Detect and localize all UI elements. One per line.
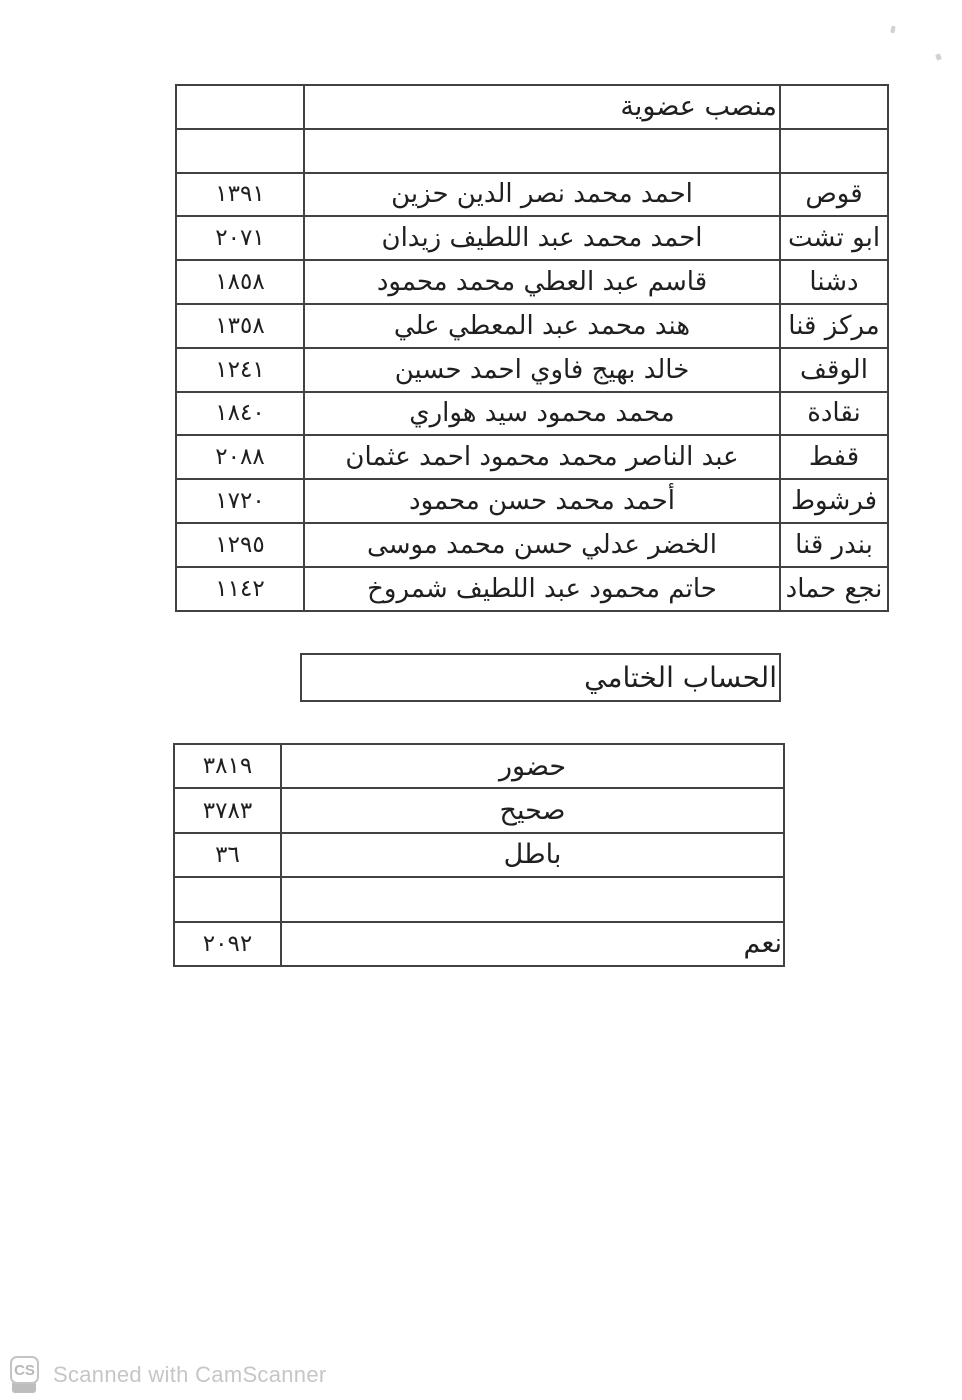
final-account-row: صحيح ٣٧٨٣: [174, 788, 784, 832]
membership-row: فرشوط أحمد محمد حسن محمود ١٧٢٠: [176, 479, 888, 523]
label-cell: نعم: [281, 922, 784, 966]
label-cell: باطل: [281, 833, 784, 877]
final-account-row: باطل ٣٦: [174, 833, 784, 877]
place-cell: ابو تشت: [780, 216, 888, 260]
membership-row: ابو تشت احمد محمد عبد اللطيف زيدان ٢٠٧١: [176, 216, 888, 260]
header-place-cell: [780, 85, 888, 129]
value-cell: ٢٠٩٢: [174, 922, 281, 966]
camscanner-label: Scanned with CamScanner: [53, 1362, 327, 1388]
place-cell: الوقف: [780, 348, 888, 392]
membership-row: الوقف خالد بهيج فاوي احمد حسين ١٢٤١: [176, 348, 888, 392]
value-cell: ٣٦: [174, 833, 281, 877]
name-cell: محمد محمود سيد هواري: [304, 392, 780, 436]
name-cell: احمد محمد نصر الدين حزين: [304, 173, 780, 217]
count-cell: ١١٤٢: [176, 567, 304, 611]
place-cell: فرشوط: [780, 479, 888, 523]
membership-row: بندر قنا الخضر عدلي حسن محمد موسى ١٢٩٥: [176, 523, 888, 567]
name-cell: احمد محمد عبد اللطيف زيدان: [304, 216, 780, 260]
final-account-empty-row: [174, 877, 784, 921]
place-cell: مركز قنا: [780, 304, 888, 348]
empty-cell: [281, 877, 784, 921]
scan-speck-icon: [890, 26, 895, 34]
header-count-cell: [176, 85, 304, 129]
membership-row: نقادة محمد محمود سيد هواري ١٨٤٠: [176, 392, 888, 436]
camscanner-logo-icon: CS: [10, 1356, 40, 1394]
empty-cell: [174, 877, 281, 921]
count-cell: ١٧٢٠: [176, 479, 304, 523]
count-cell: ١٢٤١: [176, 348, 304, 392]
value-cell: ٣٧٨٣: [174, 788, 281, 832]
count-cell: ١٨٥٨: [176, 260, 304, 304]
final-account-row: حضور ٣٨١٩: [174, 744, 784, 788]
name-cell: الخضر عدلي حسن محمد موسى: [304, 523, 780, 567]
membership-row: قفط عبد الناصر محمد محمود احمد عثمان ٢٠٨…: [176, 435, 888, 479]
final-account-title: الحساب الختامي: [584, 661, 777, 694]
name-cell: هند محمد عبد المعطي علي: [304, 304, 780, 348]
label-cell: حضور: [281, 744, 784, 788]
membership-row: مركز قنا هند محمد عبد المعطي علي ١٣٥٨: [176, 304, 888, 348]
camscanner-logo-badge: CS: [10, 1356, 39, 1384]
membership-table: منصب عضوية قوص احمد محمد نصر الدين حزين …: [175, 84, 889, 612]
count-cell: ٢٠٧١: [176, 216, 304, 260]
place-cell: نجع حماد: [780, 567, 888, 611]
count-cell: ١٣٥٨: [176, 304, 304, 348]
final-account-row: نعم ٢٠٩٢: [174, 922, 784, 966]
count-cell: ١٢٩٥: [176, 523, 304, 567]
place-cell: قوص: [780, 173, 888, 217]
count-cell: ١٣٩١: [176, 173, 304, 217]
place-cell: بندر قنا: [780, 523, 888, 567]
empty-cell: [304, 129, 780, 173]
final-account-title-box: الحساب الختامي: [300, 653, 781, 702]
place-cell: نقادة: [780, 392, 888, 436]
camscanner-footer: CS Scanned with CamScanner: [10, 1355, 327, 1395]
final-account-table: حضور ٣٨١٩ صحيح ٣٧٨٣ باطل ٣٦ نعم ٢٠٩٢: [173, 743, 785, 967]
membership-row: قوص احمد محمد نصر الدين حزين ١٣٩١: [176, 173, 888, 217]
count-cell: ٢٠٨٨: [176, 435, 304, 479]
empty-cell: [780, 129, 888, 173]
scanned-document-page: منصب عضوية قوص احمد محمد نصر الدين حزين …: [0, 0, 962, 1400]
membership-row: دشنا قاسم عبد العطي محمد محمود ١٨٥٨: [176, 260, 888, 304]
name-cell: أحمد محمد حسن محمود: [304, 479, 780, 523]
scan-speck-icon: [935, 53, 942, 60]
name-cell: قاسم عبد العطي محمد محمود: [304, 260, 780, 304]
name-cell: حاتم محمود عبد اللطيف شمروخ: [304, 567, 780, 611]
membership-empty-row: [176, 129, 888, 173]
value-cell: ٣٨١٩: [174, 744, 281, 788]
membership-table-title: منصب عضوية: [304, 85, 780, 129]
place-cell: دشنا: [780, 260, 888, 304]
empty-cell: [176, 129, 304, 173]
name-cell: خالد بهيج فاوي احمد حسين: [304, 348, 780, 392]
membership-header-row: منصب عضوية: [176, 85, 888, 129]
label-cell: صحيح: [281, 788, 784, 832]
membership-row: نجع حماد حاتم محمود عبد اللطيف شمروخ ١١٤…: [176, 567, 888, 611]
place-cell: قفط: [780, 435, 888, 479]
count-cell: ١٨٤٠: [176, 392, 304, 436]
name-cell: عبد الناصر محمد محمود احمد عثمان: [304, 435, 780, 479]
